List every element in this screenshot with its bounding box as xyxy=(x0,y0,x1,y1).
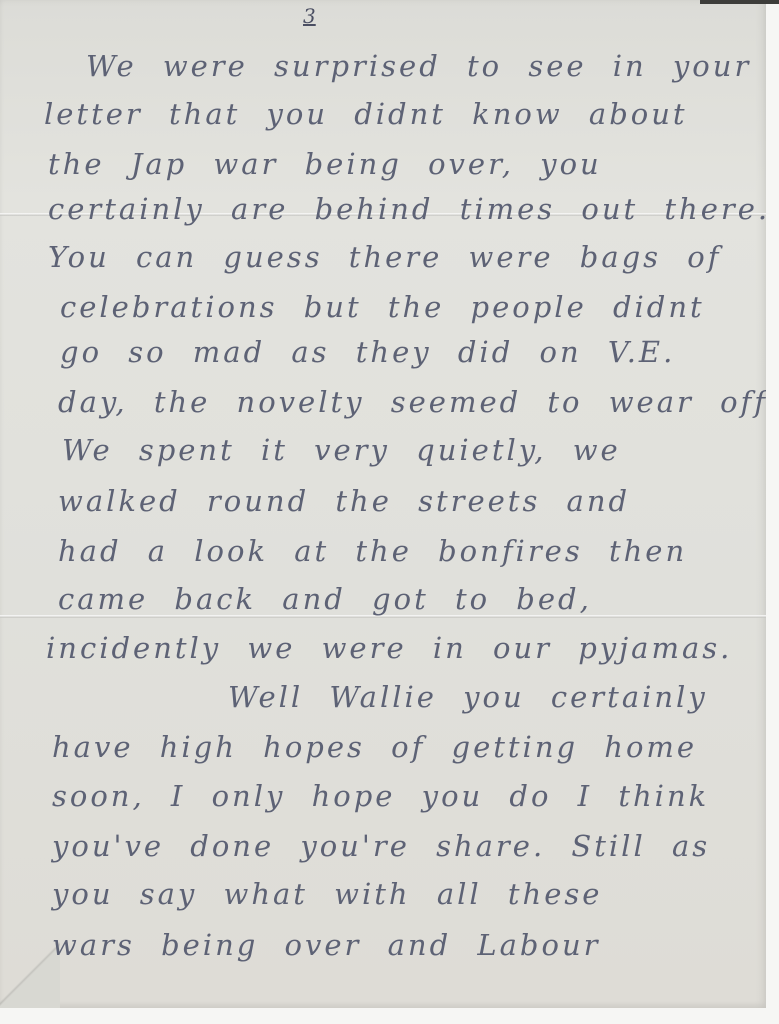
top-edge-shadow xyxy=(700,0,779,4)
letter-line: you've done you're share. Still as xyxy=(52,832,710,861)
letter-line: You can guess there were bags of xyxy=(48,243,721,272)
background-margin-right xyxy=(766,0,779,1024)
letter-line: have high hopes of getting home xyxy=(52,733,697,762)
letter-line: celebrations but the people didnt xyxy=(60,293,705,322)
letter-line: had a look at the bonfires then xyxy=(58,537,687,566)
letter-line: walked round the streets and xyxy=(58,487,630,516)
letter-line: certainly are behind times out there. xyxy=(48,195,770,224)
letter-line: day, the novelty seemed to wear off. xyxy=(58,388,779,417)
letter-line: wars being over and Labour xyxy=(52,931,600,960)
letter-line: you say what with all these xyxy=(52,880,602,909)
background-margin-bottom xyxy=(0,1008,779,1024)
letter-line: We were surprised to see in your xyxy=(86,52,751,81)
corner-crease xyxy=(0,940,60,1008)
letter-line: Well Wallie you certainly xyxy=(228,683,708,712)
letter-line: soon, I only hope you do I think xyxy=(52,782,709,811)
letter-line: came back and got to bed, xyxy=(58,585,592,614)
letter-line: letter that you didnt know about xyxy=(44,100,688,129)
letter-line: incidently we were in our pyjamas. xyxy=(46,634,732,663)
page-number: 3 xyxy=(303,4,316,28)
letter-page: 3 We were surprised to see in your lette… xyxy=(0,0,766,1008)
letter-line: We spent it very quietly, we xyxy=(62,436,621,465)
letter-line: go so mad as they did on V.E. xyxy=(60,338,675,367)
letter-line: the Jap war being over, you xyxy=(48,150,602,179)
